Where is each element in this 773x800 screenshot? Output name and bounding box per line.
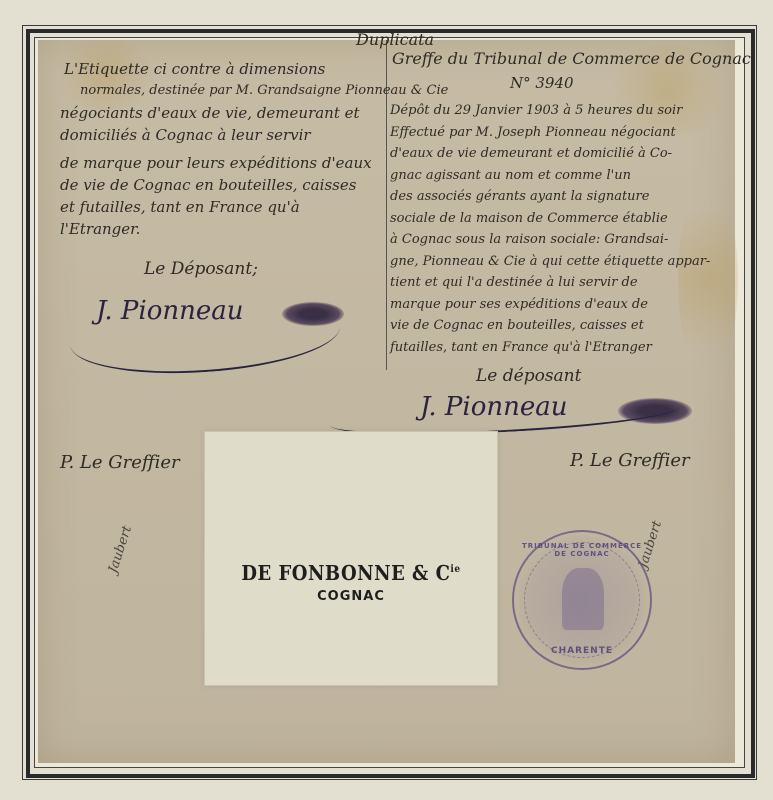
label-brand-text: DE FONBONNE & C (241, 561, 450, 585)
right-line: d'eaux de vie demeurant et domicilié à C… (390, 143, 740, 165)
duplicata-mark: Duplicata (356, 30, 434, 49)
right-column-text: Dépôt du 29 Janvier 1903 à 5 heures du s… (390, 100, 740, 358)
left-line: négociants d'eaux de vie, demeurant et (60, 102, 380, 124)
right-deposant-label: Le déposant (476, 365, 581, 387)
left-line: normales, destinée par M. Grandsaigne Pi… (60, 80, 380, 102)
cognac-label: DE FONBONNE & Cie COGNAC (204, 431, 498, 686)
left-column-text: L'Etiquette ci contre à dimensions norma… (60, 58, 380, 240)
left-line: de vie de Cognac en bouteilles, caisses (60, 174, 380, 196)
tribunal-stamp: TRIBUNAL DE COMMERCE DE COGNAC CHARENTE (512, 530, 652, 670)
right-line: à Cognac sous la raison sociale: Grandsa… (390, 229, 740, 251)
right-line: vie de Cognac en bouteilles, caisses et (390, 315, 740, 337)
stamp-figure-icon (562, 568, 604, 630)
right-line: Dépôt du 29 Janvier 1903 à 5 heures du s… (390, 100, 740, 122)
right-line: Effectué par M. Joseph Pionneau négocian… (390, 122, 740, 144)
right-line: marque pour ses expéditions d'eaux de (390, 294, 740, 316)
deposit-number: N° 3940 (510, 72, 574, 94)
left-line: L'Etiquette ci contre à dimensions (60, 58, 380, 80)
left-line: et futailles, tant en France qu'à (60, 196, 380, 218)
right-greffier-label: P. Le Greffier (570, 450, 690, 471)
label-brand-suffix: ie (450, 564, 460, 576)
right-line: des associés gérants ayant la signature (390, 186, 740, 208)
right-line: tient et qui l'a destinée à lui servir d… (390, 272, 740, 294)
right-line: sociale de la maison de Commerce établie (390, 208, 740, 230)
right-line: futailles, tant en France qu'à l'Etrange… (390, 337, 740, 359)
label-city: COGNAC (205, 589, 497, 604)
stamp-top-text: TRIBUNAL DE COMMERCE DE COGNAC (514, 542, 650, 558)
left-line: de marque pour leurs expéditions d'eaux (60, 152, 380, 174)
stamp-bottom-text: CHARENTE (514, 646, 650, 656)
label-brand: DE FONBONNE & Cie (205, 561, 497, 585)
left-greffier-label: P. Le Greffier (60, 452, 180, 473)
left-line: l'Etranger. (60, 218, 380, 240)
right-line: gnac agissant au nom et comme l'un (390, 165, 740, 187)
left-line: domiciliés à Cognac à leur servir (60, 124, 380, 146)
left-deposant-label: Le Déposant; (144, 258, 258, 280)
right-column-title: Greffe du Tribunal de Commerce de Cognac (392, 48, 751, 70)
right-line: gne, Pionneau & Cie à qui cette étiquett… (390, 251, 740, 273)
